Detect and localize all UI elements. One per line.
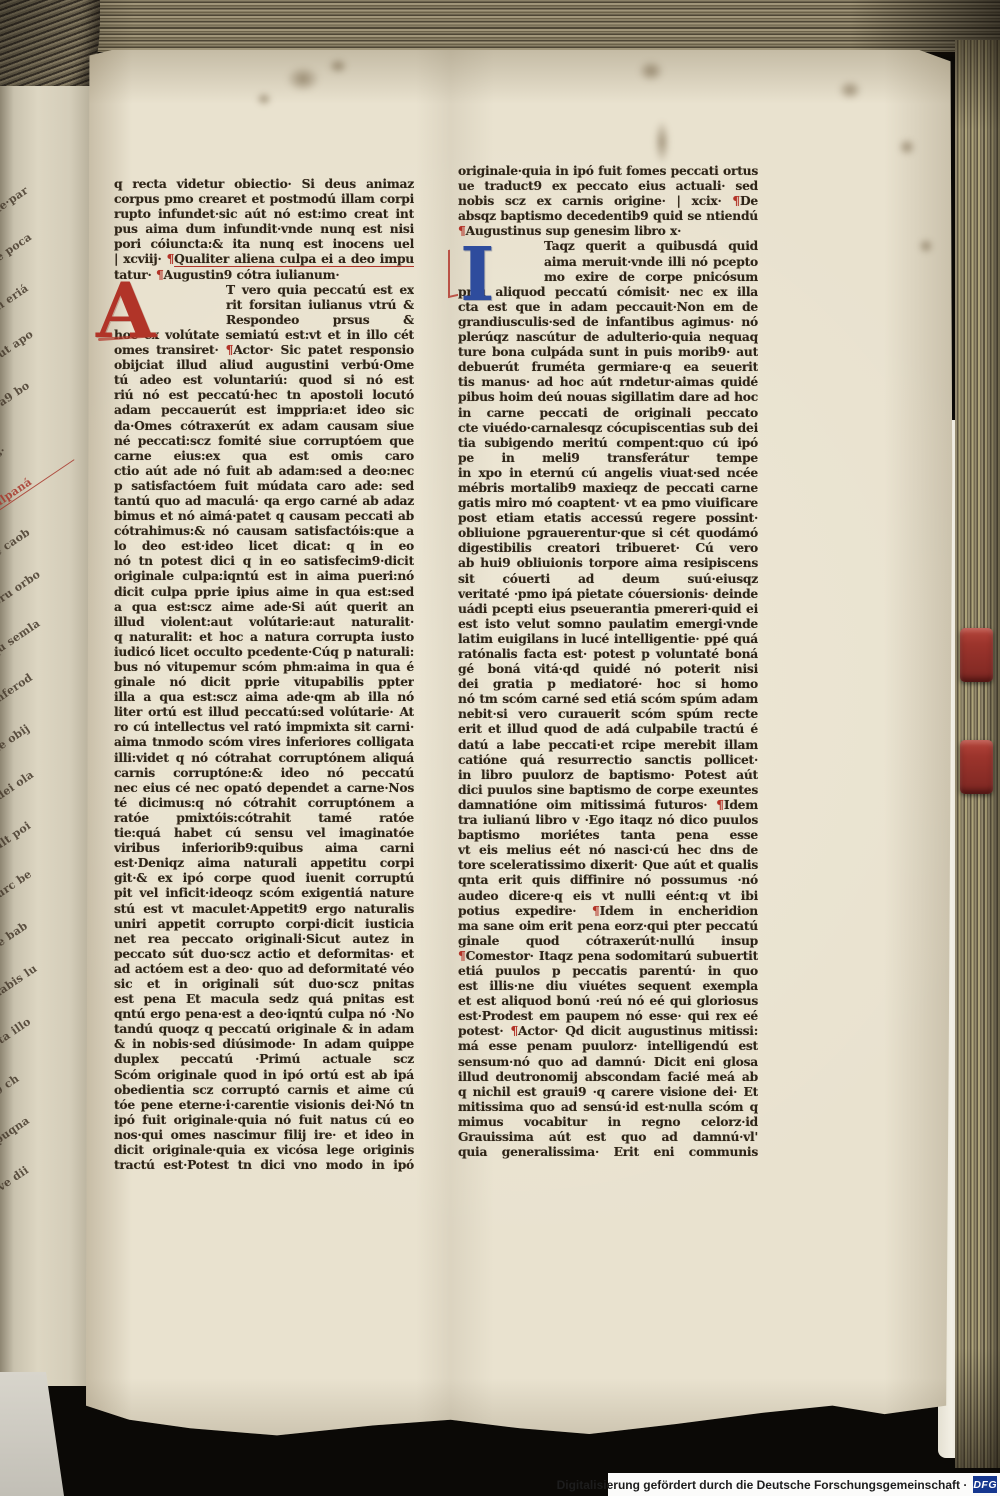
text-line: plerúqz nascútur de adulterio·quia nequa…: [458, 329, 758, 344]
body-text: bimus et nó aimá·patet q causam peccati …: [114, 508, 414, 523]
body-text: rit forsitan iulianus vtrú & originale·: [226, 297, 414, 312]
foxing-stain: [838, 80, 862, 100]
body-text: ture bona culpáda sunt in puis morib9· a…: [458, 344, 758, 359]
body-text: est·Deniqz aima naturali appetitu corpi …: [114, 855, 414, 870]
body-text: ad actóem est a deo· quo ad deformitaté …: [114, 961, 414, 976]
body-text: digestibilis creatori tribueret· Cú vero…: [458, 540, 758, 555]
text-line: viribus inferiorib9:quibus aima carni co…: [114, 840, 414, 855]
body-text: tandú quoqz q peccatú originale & in ada…: [114, 1021, 414, 1036]
body-text: a qua est:scz aime ade·: [114, 599, 292, 614]
body-text: ue traduct9 ex peccato eius actuali· sed…: [458, 178, 758, 193]
text-line: in xpo in eternú cú angelis viuat·sed nc…: [458, 465, 758, 480]
text-line: aima tnmodo scóm vires inferiores collig…: [114, 734, 414, 749]
text-line: ratóe pmixtóis:cótrahit tamé ratóe cócom…: [114, 810, 414, 825]
text-line: gé boná vitá·qd quidé nó poterit nisi ad…: [458, 661, 758, 676]
rubric-mark: ¶: [156, 267, 164, 282]
body-text: gé boná vitá·qd quidé nó poterit nisi ad…: [458, 661, 758, 676]
body-text: nobis scz ex carnis origine· | xcix·: [458, 193, 732, 208]
text-line: pe in meli9 transferátur tempe resurrect…: [458, 450, 758, 465]
text-line: ctio aút ade nó fuit ab adam:sed a deo:n…: [114, 463, 414, 478]
body-text: liter ortú est illud peccatú:sed volútar…: [114, 704, 414, 719]
text-line: illud deutronomij abscondam facié meá ab…: [458, 1069, 758, 1084]
text-line: tandú quoqz q peccatú originale & in ada…: [114, 1021, 414, 1036]
text-line: né peccati:scz fomité siue corruptóem qu…: [114, 433, 414, 448]
text-line: Taqz querit a quibusdá quid infantis: [458, 238, 758, 253]
body-text: tore sceleratissimo dixerit· Que aút et …: [458, 857, 758, 872]
body-text: viribus inferiorib9:quibus aima carni co…: [114, 840, 414, 855]
body-text: té dicimus:q nó cótrahit corruptónem a c…: [114, 795, 414, 810]
body-text: tie:quá habet cú sensu vel imaginatóe ce…: [114, 825, 414, 840]
body-text: qnta erit quis diffinire nó possumus ·nó…: [458, 872, 758, 887]
text-line: dicit originale·quia ex vicósa lege orig…: [114, 1142, 414, 1157]
text-line: ginale nó dicit pprie vitupabilis ppter …: [114, 674, 414, 689]
text-line: digestibilis creatori tribueret· Cú vero…: [458, 540, 758, 555]
text-line: datú a labe peccati·et rcipe merebit ill…: [458, 737, 758, 752]
body-text: vt eis melius eét nó nasci·cú hec dns de…: [458, 842, 758, 857]
text-line: erit et illud quod de adá culpabile trac…: [458, 721, 758, 736]
text-line: nó tn potest dici q in eo satisfecim9·di…: [114, 553, 414, 568]
text-line: git·& ex ipó corpe quod iuenit corruptú …: [114, 870, 414, 885]
text-line: mébris mortalib9 maxieqz de peccati carn…: [458, 480, 758, 495]
text-line: ro cú intellectus vel rató impmixta sit …: [114, 719, 414, 734]
body-text: carne eius:ex qua est omis caro humana·s…: [114, 448, 414, 463]
text-line: pibus hoim deú nouas sigillatim dare ad …: [458, 389, 758, 404]
text-line: sensum·nó quo ad damnú· Dicit eni glosa …: [458, 1054, 758, 1069]
foxing-stain: [256, 92, 272, 106]
foxing-stain: [638, 60, 664, 82]
body-text: ratónalis facta est· potest p voluntaté …: [458, 646, 758, 661]
text-line: T vero quia peccatú est ex volútate:q: [114, 282, 414, 297]
body-text: carnis corruptóne:& ideo nó peccatú orig…: [114, 765, 414, 780]
text-line: | xcviij· ¶Qualiter aliena culpa ei a de…: [114, 251, 414, 266]
body-text: datú a labe peccati·et rcipe merebit ill…: [458, 737, 758, 752]
text-line: quia generalissima· Erit eni communis om…: [458, 1144, 758, 1159]
text-line: hoc ex volútate semiatú est:vt et in ill…: [114, 327, 414, 342]
body-text: latim euigilans in lucé intelligentie· p…: [458, 631, 758, 646]
body-text: originale·quia in ipó fuit fomes peccati…: [458, 163, 758, 178]
body-text: qntú ergo pena·est a deo·iqntú culpa nó …: [114, 1006, 414, 1021]
text-line: ¶Augustinus sup genesim libro x·: [458, 223, 758, 238]
body-text: sit cóuerti ad deum suú·eiusqz misericor…: [458, 571, 758, 586]
body-text: mébris mortalib9 maxieqz de peccati carn…: [458, 480, 758, 495]
rubric-mark: ¶: [167, 251, 175, 266]
body-text: q naturalit: et hoc a natura corrupta iu…: [114, 629, 414, 644]
text-line: tis manus· ad hoc aút rndetur·aimas quid…: [458, 374, 758, 389]
text-line: pit vel inficit·ideoqz scóm exigentiá na…: [114, 885, 414, 900]
body-text: pus aima dum infundit·vnde nunq est nisi…: [114, 221, 414, 236]
body-text: grandiusculis·sed de infantibus agimus· …: [458, 314, 758, 329]
text-line: audeo dicere·q eis vt nulli eént:q vt ib…: [458, 888, 758, 903]
text-line: mimus vocabitur in regno celorz·id est·n…: [458, 1114, 758, 1129]
text-line: lo deo est·ideo licet dicat: q in eo pec…: [114, 538, 414, 553]
body-text: etiá puulos p peccatis parentú· in quo p…: [458, 963, 758, 978]
text-line: q recta videtur obiectio· Si deus animaz…: [114, 176, 414, 191]
text-line: carnis corruptóne:& ideo nó peccatú orig…: [114, 765, 414, 780]
body-text: plerúqz nascútur de adulterio·quia nequa…: [458, 329, 758, 344]
foxing-stain: [654, 120, 670, 164]
text-line: uádi pcepti eius pseuerantia pmereri·qui…: [458, 601, 758, 616]
text-line: nobis scz ex carnis origine· | xcix· ¶De…: [458, 193, 758, 208]
text-line: sic et in originali sút duo·scz pnitas p…: [114, 976, 414, 991]
text-line: carne eius:ex qua est omis caro humana·s…: [114, 448, 414, 463]
body-text: & in nobis·sed diúsimode· In adam quippe…: [114, 1036, 414, 1051]
rubricated-heading: Augustin9 cótra iulianum·: [164, 267, 340, 282]
text-line: ad actóem est a deo· quo ad deformitaté …: [114, 961, 414, 976]
body-text: iudicó licet occulto pcedente·Cúq p natu…: [114, 644, 414, 659]
dfg-credit-bar: Digitalisierung gefördert durch die Deut…: [608, 1473, 1000, 1496]
text-line: cótrahimus:& nó causam satisfactóis:que …: [114, 523, 414, 538]
body-text: potius expedire·: [458, 903, 592, 918]
text-line: est·Deniqz aima naturali appetitu corpi …: [114, 855, 414, 870]
text-line: té dicimus:q nó cótrahit corruptónem a c…: [114, 795, 414, 810]
text-line: ture bona culpáda sunt in puis morib9· a…: [458, 344, 758, 359]
body-text: tantú quo ad maculá· qa ergo carné ab ad…: [114, 493, 414, 508]
text-line: pori cóiuncta:& ita nunq est inocens uel…: [114, 236, 414, 251]
body-text: nó tm scóm carné sed etiá scóm spúm adam…: [458, 691, 758, 706]
body-text: baptismo moriétes tanta pena esse cóplec…: [458, 827, 758, 842]
body-text: git·& ex ipó corpe quod iuenit corruptú …: [114, 870, 414, 885]
rubricated-heading: tatur·: [114, 267, 156, 282]
body-text: damnatióne oim mitissimá futuros·: [458, 797, 716, 812]
body-text: tú adeo est voluntariú: quod si nó est v…: [114, 372, 414, 387]
text-line: obijciat illud aliud augustini verbú·Ome…: [114, 357, 414, 372]
body-text: pori cóiuncta:& ita nunq est inocens uel…: [114, 236, 414, 251]
text-line: net rea peccato originali·Sicut autez in…: [114, 931, 414, 946]
text-line: potius expedire· ¶Idem in encheridion ·M…: [458, 903, 758, 918]
body-text: net rea peccato originali·Sicut autez in…: [114, 931, 414, 946]
body-text: illud deutronomij abscondam facié meá ab…: [458, 1069, 758, 1084]
body-text: nec eius cé nec opató dependet a carne·N…: [114, 780, 414, 795]
body-text: cótrahimus:& nó causam satisfactóis:que …: [114, 523, 414, 538]
rubricated-heading: Augustinus sup genesim libro x·: [466, 223, 682, 238]
body-text: Qd dicit augustinus mitissi:: [558, 1023, 758, 1038]
text-line: ipó fuit originale·quia nó fuit natus cú…: [114, 1112, 414, 1127]
body-text: et est aliquod bonú ·reú nó eé qui glori…: [458, 993, 758, 1008]
body-text: dei gratia p mediatoré· hoc si homo negl…: [458, 676, 758, 691]
body-text: uádi pcepti eius pseuerantia pmereri·qui…: [458, 601, 758, 616]
body-text: ab hui9 obliuionis torpore aima resipisc…: [458, 555, 758, 570]
text-line: tractú est·Potest tn dici vno modo in ip…: [114, 1157, 414, 1172]
text-line: grandiusculis·sed de infantibus agimus· …: [458, 314, 758, 329]
text-line: in carne peccati de originali peccato ve…: [458, 405, 758, 420]
text-line: bimus et nó aimá·patet q causam peccati …: [114, 508, 414, 523]
body-text: quia generalissima· Erit eni communis om…: [458, 1144, 758, 1159]
text-line: potest· ¶Actor· Qd dicit augustinus miti…: [458, 1023, 758, 1038]
edge-text-fragment: mo·ve dii: [0, 1134, 74, 1206]
digitized-book-scan: diuie·parntae pocatemí eriáem ut aposá v…: [0, 0, 1000, 1496]
body-text: tis manus· ad hoc aút rndetur·aimas quid…: [458, 374, 758, 389]
body-text: cte viuédo·carnalesqz cócupiscentias sub…: [458, 420, 758, 435]
text-line: baptismo moriétes tanta pena esse cóplec…: [458, 827, 758, 842]
text-line: nos·qui omes nascimur filij ire· et ideo…: [114, 1127, 414, 1142]
text-line: post etiam etatis accessú regere possint…: [458, 510, 758, 525]
text-line: illi:videt q nó cótrahat corruptónem ali…: [114, 750, 414, 765]
text-line: adam peccauerút est imppria:et ideo sic …: [114, 402, 414, 417]
text-line: stú est vt maculet·Appetit9 ergo natural…: [114, 901, 414, 916]
body-text: ratóe pmixtóis:cótrahit tamé ratóe cócom…: [114, 810, 414, 825]
body-text: debuerút fruméta germiare·q ea seuerit f…: [458, 359, 758, 374]
text-line: nec eius cé nec opató dependet a carne·N…: [114, 780, 414, 795]
text-line: est pena Et macula sedz quá pnitas est c…: [114, 991, 414, 1006]
rubricated-heading: Si aút querit: [292, 599, 388, 614]
text-line: bus nó vitupemur scóm phm:aima in qua é …: [114, 659, 414, 674]
rubricated-heading: Idem in encheridion: [600, 903, 758, 918]
body-text: originale culpa:iqntú est in aima pueri:…: [114, 568, 414, 583]
body-text: tia subigendo meritú compent:quo cú ipó …: [458, 435, 758, 450]
rubricated-heading: Respondeo prsus: [226, 312, 369, 327]
text-line: tú adeo est voluntariú: quod si nó est v…: [114, 372, 414, 387]
body-text: ginale nó dicit pprie vitupabilis ppter …: [114, 674, 414, 689]
text-line: dei gratia p mediatoré· hoc si homo negl…: [458, 676, 758, 691]
text-line: rupto infundet·sic aút nó est:imo creat …: [114, 206, 414, 221]
body-text: est pena Et macula sedz quá pnitas est c…: [114, 991, 414, 1006]
text-line: absqz baptismo decedentib9 quid se ntien…: [458, 208, 758, 223]
body-text: tractú est·Potest tn dici vno modo in ip…: [114, 1157, 414, 1172]
text-line: etiá puulos p peccatis parentú· in quo p…: [458, 963, 758, 978]
body-text: in xpo in eternú cú angelis viuat·sed nc…: [458, 465, 758, 480]
body-text: veritaté ·pmo ipá pietate cóuersionis· d…: [458, 586, 758, 601]
text-line: tie:quá habet cú sensu vel imaginatóe ce…: [114, 825, 414, 840]
body-text: p satisfactóem fuit múdata caro ade: sed…: [114, 478, 414, 493]
body-text: obijciat illud aliud augustini verbú·Ome…: [114, 357, 414, 372]
text-line: qnta erit quis diffinire nó possumus ·nó…: [458, 872, 758, 887]
rubricated-heading: Comestor·: [466, 948, 534, 963]
rubricated-heading: Qualiter aliena culpa ei a deo impu: [174, 251, 414, 266]
body-text: ro cú intellectus vel rató impmixta sit …: [114, 719, 414, 734]
body-text: riú nó est peccatú·hec tn apostoli locut…: [114, 387, 414, 402]
body-text: Itaqz pena sodomitarú subuertit: [534, 948, 758, 963]
body-text: illud violent:aut volútarie:aut naturali…: [114, 614, 414, 629]
text-line: ginale quod cótraxerút·nullú insup addid…: [458, 933, 758, 948]
text-line: debuerút fruméta germiare·q ea seuerit f…: [458, 359, 758, 374]
body-text: nó tn potest dici q in eo satisfecim9·di…: [114, 553, 414, 568]
text-column-left: q recta videtur obiectio· Si deus animaz…: [114, 176, 414, 1172]
body-text: potest·: [458, 1023, 510, 1038]
foxing-stain: [898, 138, 916, 156]
text-line: tra iulianú libro v ·Ego itaqz nó dico p…: [458, 812, 758, 827]
text-line: corpus pmo crearet et postmodú illam cor…: [114, 191, 414, 206]
body-text: Taqz querit a quibusdá quid infantis: [544, 238, 758, 253]
body-text: priú aliquod peccatú cómisit· nec ex ill…: [458, 284, 758, 299]
text-line: q nichil est graui9 ·q carere visione de…: [458, 1084, 758, 1099]
body-text: né peccati:scz fomité siue corruptóem qu…: [114, 433, 414, 448]
body-text: catióne quá resurrectio sanctis pollicet…: [458, 752, 758, 767]
body-text: uniri appetit corrupto corpi·dicit iusti…: [114, 916, 414, 931]
rubric-mark: ¶: [458, 948, 466, 963]
text-line: omes transiret· ¶Actor· Sic patet respon…: [114, 342, 414, 357]
text-line: dicit culpa pprie ipius aime in qua est:…: [114, 584, 414, 599]
text-line: tia subigendo meritú compent:quo cú ipó …: [458, 435, 758, 450]
body-text: hoc ex volútate semiatú est:vt et in ill…: [114, 327, 414, 342]
text-line: ¶Comestor· Itaqz pena sodomitarú subuert…: [458, 948, 758, 963]
text-line: da·Omes cótraxerút ex adam causam siue o…: [114, 418, 414, 433]
text-line: pus aima dum infundit·vnde nunq est nisi…: [114, 221, 414, 236]
text-line: iudicó licet occulto pcedente·Cúq p natu…: [114, 644, 414, 659]
body-text: duplex peccatú ·Primú actuale scz inobed…: [114, 1051, 414, 1066]
text-line: liter ortú est illud peccatú:sed volútar…: [114, 704, 414, 719]
body-text: dicit culpa pprie ipius aime in qua est:…: [114, 584, 414, 599]
text-line: aima meruit·vnde illi nó pcepto baptis: [458, 254, 758, 269]
body-text: omes transiret·: [114, 342, 226, 357]
text-line: et est aliquod bonú ·reú nó eé qui glori…: [458, 993, 758, 1008]
body-text: gatis miro mó coaptent· vt ea pmo viuifi…: [458, 495, 758, 510]
red-bookmark-tab-2: [960, 740, 993, 794]
body-text: peccato sút duo·scz actio et deformitas·…: [114, 946, 414, 961]
dfg-logo: DFG: [973, 1476, 997, 1493]
rubric-mark: ¶: [458, 223, 466, 238]
text-line: peccato sút duo·scz actio et deformitas·…: [114, 946, 414, 961]
body-text: adam peccauerút est imppria:et ideo sic …: [114, 402, 414, 417]
book-top-edge-leaves: [14, 0, 1000, 52]
body-text: obliuione pgrauerentur·que si cét quodám…: [458, 525, 758, 540]
rubricated-heading: Actor·: [518, 1023, 558, 1038]
body-text: pibus hoim deú nouas sigillatim dare ad …: [458, 389, 758, 404]
text-line: a qua est:scz aime ade·Si aút querit an …: [114, 599, 414, 614]
rubric-mark: ¶: [716, 797, 724, 812]
body-text: | xcviij·: [114, 251, 167, 266]
body-text: q recta videtur obiectio· Si deus animaz…: [114, 176, 414, 191]
body-text: est isto velut somno paulatim emergi·vnd…: [458, 616, 758, 631]
red-bookmark-tab-1: [960, 628, 993, 682]
credit-text: Digitalisierung gefördert durch die Deut…: [557, 1478, 968, 1492]
text-line: rit forsitan iulianus vtrú & originale·: [114, 297, 414, 312]
text-line: est illis·ne diu viuétes sequent exempla…: [458, 978, 758, 993]
text-line: est isto velut somno paulatim emergi·vnd…: [458, 616, 758, 631]
text-line: mo exire de corpe pnicósum sit·si nec p: [458, 269, 758, 284]
body-text: in carne peccati de originali peccato ve…: [458, 405, 758, 420]
text-line: ue traduct9 ex peccato eius actuali· sed…: [458, 178, 758, 193]
rubricated-heading: tra iulianú libro v: [458, 812, 579, 827]
body-text: nos·qui omes nascimur filij ire· et ideo…: [114, 1127, 414, 1142]
rubric-mark: ¶: [510, 1023, 518, 1038]
body-text: nebit·si vero curauerit scóm spúm recte …: [458, 706, 758, 721]
text-line: tantú quo ad maculá· qa ergo carné ab ad…: [114, 493, 414, 508]
text-line: originale culpa:iqntú est in aima pueri:…: [114, 568, 414, 583]
body-text: q nichil est graui9 ·q carere visione de…: [458, 1084, 758, 1099]
text-line: má esse penam puulorz· intelligendú est …: [458, 1038, 758, 1053]
body-text: post etiam etatis accessú regere possint…: [458, 510, 758, 525]
foxing-stain: [918, 238, 934, 254]
text-line: mitissima quo ad sensú·id est·nulla scóm…: [458, 1099, 758, 1114]
foxing-stain: [286, 66, 320, 92]
text-column-right: originale·quia in ipó fuit fomes peccati…: [458, 163, 758, 1159]
text-line: damnatióne oim mitissimá futuros· ¶Idem …: [458, 797, 758, 812]
text-line: cte viuédo·carnalesqz cócupiscentias sub…: [458, 420, 758, 435]
text-line: cta est que in adam peccauit·Non em de p…: [458, 299, 758, 314]
text-line: in libro puulorz de baptismo· Potest aút…: [458, 767, 758, 782]
body-text: lo deo est·ideo licet dicat: q in eo pec…: [114, 538, 414, 553]
text-line: veritaté ·pmo ipá pietate cóuersionis· d…: [458, 586, 758, 601]
body-text: corpus pmo crearet et postmodú illam cor…: [114, 191, 414, 206]
text-line: tóe pene eterne·i·carentie visionis dei·…: [114, 1097, 414, 1112]
text-line: latim euigilans in lucé intelligentie· p…: [458, 631, 758, 646]
text-line: Respondeo prsus & originale :nam &: [114, 312, 414, 327]
text-line: qntú ergo pena·est a deo·iqntú culpa nó …: [114, 1006, 414, 1021]
text-line: obliuione pgrauerentur·que si cét quodám…: [458, 525, 758, 540]
text-line: nó tm scóm carné sed etiá scóm spúm adam…: [458, 691, 758, 706]
foxing-stain: [328, 58, 348, 74]
facing-page-edge: diuie·parntae pocatemí eriáem ut aposá v…: [0, 86, 90, 1386]
body-text: illa a qua est:scz aima ade·qm ab illa n…: [114, 689, 414, 704]
body-text: mimus vocabitur in regno celorz·id est·n…: [458, 1114, 758, 1129]
text-line: gatis miro mó coaptent· vt ea pmo viuifi…: [458, 495, 758, 510]
text-line: obedientia scz corruptó carnis et aime c…: [114, 1082, 414, 1097]
rubricated-heading: Actor·: [233, 342, 273, 357]
body-text: ctio aút ade nó fuit ab adam:sed a deo:n…: [114, 463, 414, 478]
text-line: ratónalis facta est· potest p voluntaté …: [458, 646, 758, 661]
text-line: priú aliquod peccatú cómisit· nec ex ill…: [458, 284, 758, 299]
body-text: mo exire de corpe pnicósum sit·si nec p: [544, 269, 758, 284]
rubric-mark: ¶: [592, 903, 600, 918]
text-line: & in nobis·sed diúsimode· In adam quippe…: [114, 1036, 414, 1051]
body-text: ipó fuit originale·quia nó fuit natus cú…: [114, 1112, 414, 1127]
text-line: nebit·si vero curauerit scóm spúm recte …: [458, 706, 758, 721]
body-text: ma sane oim erit pena eorz·qui pter pecc…: [458, 918, 758, 933]
text-line: ab hui9 obliuionis torpore aima resipisc…: [458, 555, 758, 570]
body-text: aima tnmodo scóm vires inferiores collig…: [114, 734, 414, 749]
text-line: tore sceleratissimo dixerit· Que aút et …: [458, 857, 758, 872]
body-text: est illis·ne diu viuétes sequent exempla…: [458, 978, 758, 993]
body-text: dicit originale·quia ex vicósa lege orig…: [114, 1142, 414, 1157]
body-text: tóe pene eterne·i·carentie visionis dei·…: [114, 1097, 414, 1112]
text-line: Grauissima aút est quo ad damnú·vl' grau…: [458, 1129, 758, 1144]
text-line: catióne quá resurrectio sanctis pollicet…: [458, 752, 758, 767]
body-text: má esse penam puulorz· intelligendú est …: [458, 1038, 758, 1053]
text-line: Scóm originale quod in ipó ortú est ab i…: [114, 1067, 414, 1082]
body-text: pe in meli9 transferátur tempe resurrect…: [458, 450, 758, 465]
body-text: rupto infundet·sic aút nó est:imo creat …: [114, 206, 414, 221]
rubric-mark: ¶: [732, 193, 740, 208]
body-text: pit vel inficit·ideoqz scóm exigentiá na…: [114, 885, 414, 900]
body-text: sensum·nó quo ad damnú· Dicit eni glosa …: [458, 1054, 758, 1069]
body-text: est·Prodest em paupem nó esse· qui rex e…: [458, 1008, 758, 1023]
body-text: erit et illud quod de adá culpabile trac…: [458, 721, 758, 736]
text-line: est·Prodest em paupem nó esse· qui rex e…: [458, 1008, 758, 1023]
body-text: cta est que in adam peccauit·Non em de p…: [458, 299, 758, 314]
body-text: sic et in originali sút duo·scz pnitas p…: [114, 976, 414, 991]
rubricated-heading: absqz baptismo decedentib9 quid se ntien…: [458, 208, 758, 223]
body-text: obedientia scz corruptó carnis et aime c…: [114, 1082, 414, 1097]
text-line: tatur· ¶Augustin9 cótra iulianum·: [114, 267, 414, 282]
text-line: uniri appetit corrupto corpi·dicit iusti…: [114, 916, 414, 931]
body-text: aima meruit·vnde illi nó pcepto baptis: [544, 254, 758, 269]
text-line: q naturalit: et hoc a natura corrupta iu…: [114, 629, 414, 644]
body-text: mitissima quo ad sensú·id est·nulla scóm…: [458, 1099, 758, 1114]
text-line: p satisfactóem fuit múdata caro ade: sed…: [114, 478, 414, 493]
text-line: vt eis melius eét nó nasci·cú hec dns de…: [458, 842, 758, 857]
body-text: stú est vt maculet·Appetit9 ergo natural…: [114, 901, 414, 916]
body-text: dici puulos sine baptismo de corpe exeun…: [458, 782, 758, 797]
body-text: bus nó vitupemur scóm phm:aima in qua é …: [114, 659, 414, 674]
background-wall: [0, 1372, 70, 1496]
text-line: dici puulos sine baptismo de corpe exeun…: [458, 782, 758, 797]
text-line: ma sane oim erit pena eorz·qui pter pecc…: [458, 918, 758, 933]
body-text: ginale quod cótraxerút·nullú insup addid…: [458, 933, 758, 948]
text-line: sit cóuerti ad deum suú·eiusqz misericor…: [458, 571, 758, 586]
text-line: illud violent:aut volútarie:aut naturali…: [114, 614, 414, 629]
body-text: illi:videt q nó cótrahat corruptónem ali…: [114, 750, 414, 765]
rubricated-heading: in libro puulorz de baptismo·: [458, 767, 675, 782]
body-text: Scóm originale quod in ipó ortú est ab i…: [114, 1067, 414, 1082]
text-line: originale·quia in ipó fuit fomes peccati…: [458, 163, 758, 178]
text-line: duplex peccatú ·Primú actuale scz inobed…: [114, 1051, 414, 1066]
body-text: Grauissima aút est quo ad damnú·vl' grau…: [458, 1129, 758, 1144]
body-text: T vero quia peccatú est ex volútate:q: [226, 282, 414, 297]
body-text: audeo dicere·q eis vt nulli eént:q vt ib…: [458, 888, 758, 903]
text-line: illa a qua est:scz aima ade·qm ab illa n…: [114, 689, 414, 704]
manuscript-page: q recta videtur obiectio· Si deus animaz…: [86, 50, 954, 1468]
body-text: da·Omes cótraxerút ex adam causam siue o…: [114, 418, 414, 433]
